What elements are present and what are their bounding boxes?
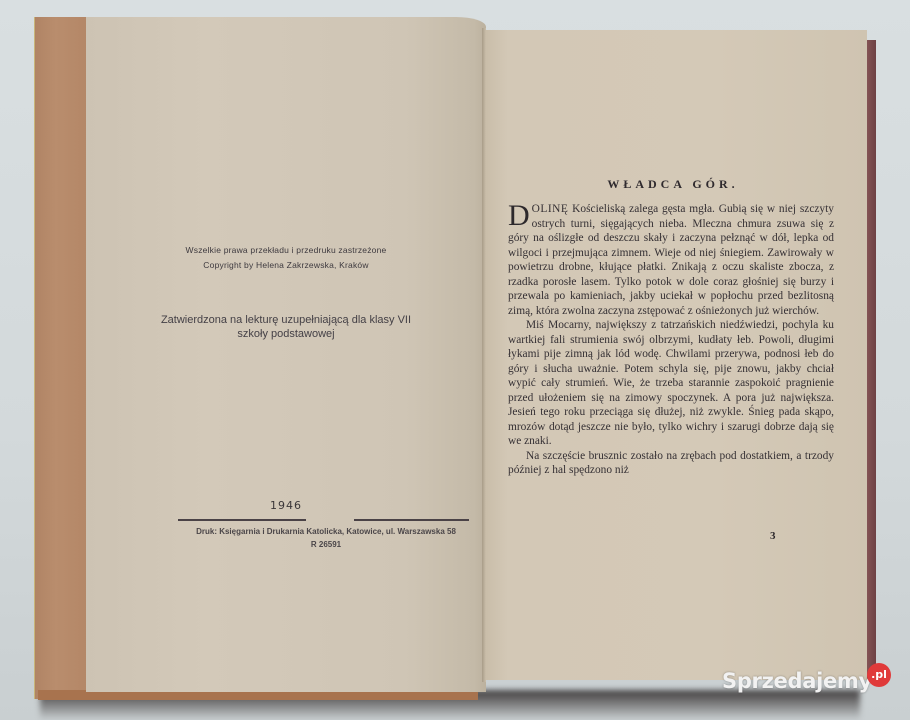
paragraph-1: DOLINĘ Kościeliską zalega gęsta mgła. Gu… [508,202,834,318]
paragraph-2: Miś Mocarny, największy z tatrzańskich n… [508,318,834,449]
rule-left [178,519,306,521]
chapter-title: WŁADCA GÓR. [508,177,838,192]
approval-line-1: Zatwierdzona na lekturę uzupełniającą dl… [86,313,486,327]
watermark-badge: .pl [867,663,891,687]
rights-line-2: Copyright by Helena Zakrzewska, Kraków [86,258,486,273]
paragraph-3: Na szczęście brusznic zostało na zrębach… [508,449,834,478]
paragraph-1-text: Kościeliską zalega gęsta mgła. Gubią się… [508,203,834,317]
book-cover-left-edge [34,17,87,699]
printer-code: R 26591 [176,538,476,551]
approval-line-2: szkoły podstawowej [86,327,486,341]
rule-right [354,519,469,521]
printer-info: Druk: Księgarnia i Drukarnia Katolicka, … [176,525,476,551]
publication-year: 1946 [86,499,486,512]
approval-notice: Zatwierdzona na lekturę uzupełniającą dl… [86,313,486,341]
dropcap-letter: D [508,203,530,229]
rights-line-1: Wszelkie prawa przekładu i przedruku zas… [86,243,486,258]
printer-line: Druk: Księgarnia i Drukarnia Katolicka, … [176,525,476,538]
first-word: OLINĘ [532,203,569,215]
watermark-brand: Sprzedajemy [722,669,872,693]
page-number: 3 [770,530,776,542]
chapter-body: DOLINĘ Kościeliską zalega gęsta mgła. Gu… [508,202,834,478]
copyright-notice: Wszelkie prawa przekładu i przedruku zas… [86,243,486,273]
left-page-content: Wszelkie prawa przekładu i przedruku zas… [86,17,486,692]
